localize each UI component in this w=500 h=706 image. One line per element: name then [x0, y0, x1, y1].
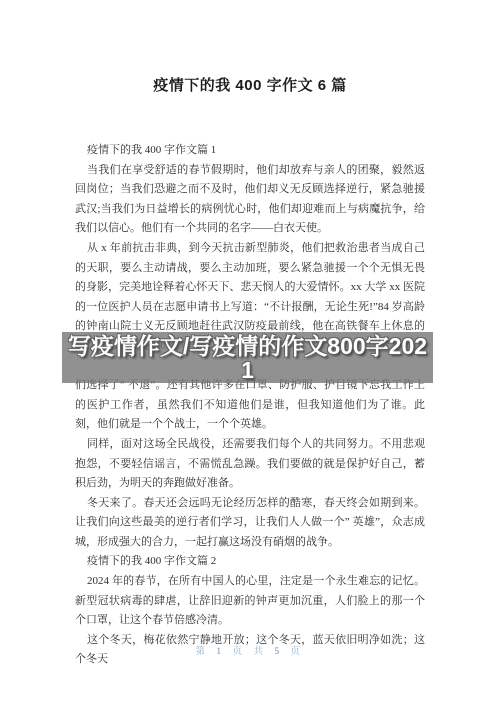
ad-overlay-banner[interactable]: 写疫情作文/写疫情的作文800字2021: [62, 332, 433, 383]
doc-paragraph: 冬天来了。春天还会远吗无论经历怎样的酷寒，春天终会如期到来。让我们向这些最美的逆…: [75, 494, 425, 553]
doc-paragraph: 当我们在享受舒适的春节假期时，他们却放弃与亲人的团聚，毅然返回岗位；当我们恐避之…: [75, 161, 425, 239]
ad-overlay-banner-text: 写疫情作文/写疫情的作文800字2021: [62, 332, 433, 382]
page-footer-pagination: 第 1 页 共 5 页: [0, 643, 500, 657]
pagination-prefix-label: 第: [196, 647, 210, 657]
pagination-page-label-2: 页: [290, 647, 304, 657]
essay-section-heading: 疫情下的我 400 字作文篇 1: [75, 141, 425, 161]
pagination-page-label: 页: [233, 647, 247, 657]
total-page-number: 5: [274, 647, 283, 657]
pagination-of-label: 共: [253, 647, 267, 657]
doc-paragraph: 们选择了” 不退”。还有其他许多在口罩、防护服、护目镜下忘我工作上的医护工作者，…: [75, 376, 425, 435]
essay-section-heading: 疫情下的我 400 字作文篇 2: [75, 552, 425, 572]
doc-paragraph: 同样，面对这场全民战役，还需要我们每个人的共同努力。不用悲观抱怨，不要轻信谣言，…: [75, 435, 425, 494]
doc-paragraph: 2024 年的春节，在所有中国人的心里，注定是一个永生难忘的记忆。新型冠状病毒的…: [75, 572, 425, 631]
page-title: 疫情下的我 400 字作文 6 篇: [0, 74, 500, 95]
document-body: 疫情下的我 400 字作文篇 1 当我们在享受舒适的春节假期时，他们却放弃与亲人…: [75, 141, 425, 670]
current-page-number: 1: [216, 647, 225, 657]
